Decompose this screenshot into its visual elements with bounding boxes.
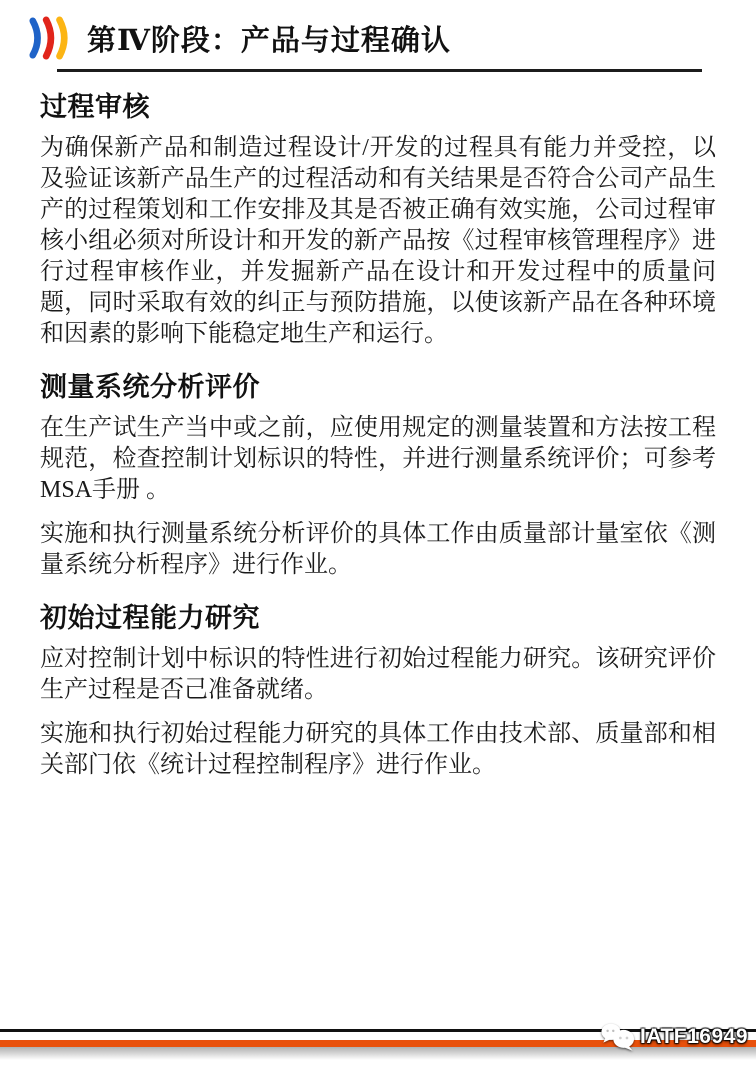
section-heading-initial-capability: 初始过程能力研究 — [40, 596, 716, 635]
section-heading-process-audit: 过程审核 — [40, 85, 716, 124]
watermark: IATF16949 — [601, 1022, 748, 1052]
paragraph: 应对控制计划中标识的特性进行初始过程能力研究。该研究评价生产过程是否己准备就绪。 — [40, 644, 716, 706]
watermark-text: IATF16949 — [640, 1025, 748, 1049]
slide-content: 过程审核 为确保新产品和制造过程设计/开发的过程具有能力并受控，以及验证该新产品… — [0, 85, 756, 781]
paragraph: 在生产试生产当中或之前，应使用规定的测量装置和方法按工程规范，检查控制计划标识的… — [40, 413, 716, 506]
paragraph: 实施和执行测量系统分析评价的具体工作由质量部计量室依《测量系统分析程序》进行作业… — [40, 519, 716, 581]
chat-bubbles-icon — [601, 1022, 635, 1052]
title-rule — [57, 69, 702, 72]
section-heading-msa: 测量系统分析评价 — [40, 365, 716, 404]
header: 第Ⅳ阶段：产品与过程确认 — [0, 0, 756, 60]
paragraph: 为确保新产品和制造过程设计/开发的过程具有能力并受控，以及验证该新产品生产的过程… — [40, 133, 716, 350]
page-title: 第Ⅳ阶段：产品与过程确认 — [87, 18, 451, 59]
triple-chevron-icon — [28, 16, 70, 60]
paragraph: 实施和执行初始过程能力研究的具体工作由技术部、质量部和相关部门依《统计过程控制程… — [40, 719, 716, 781]
